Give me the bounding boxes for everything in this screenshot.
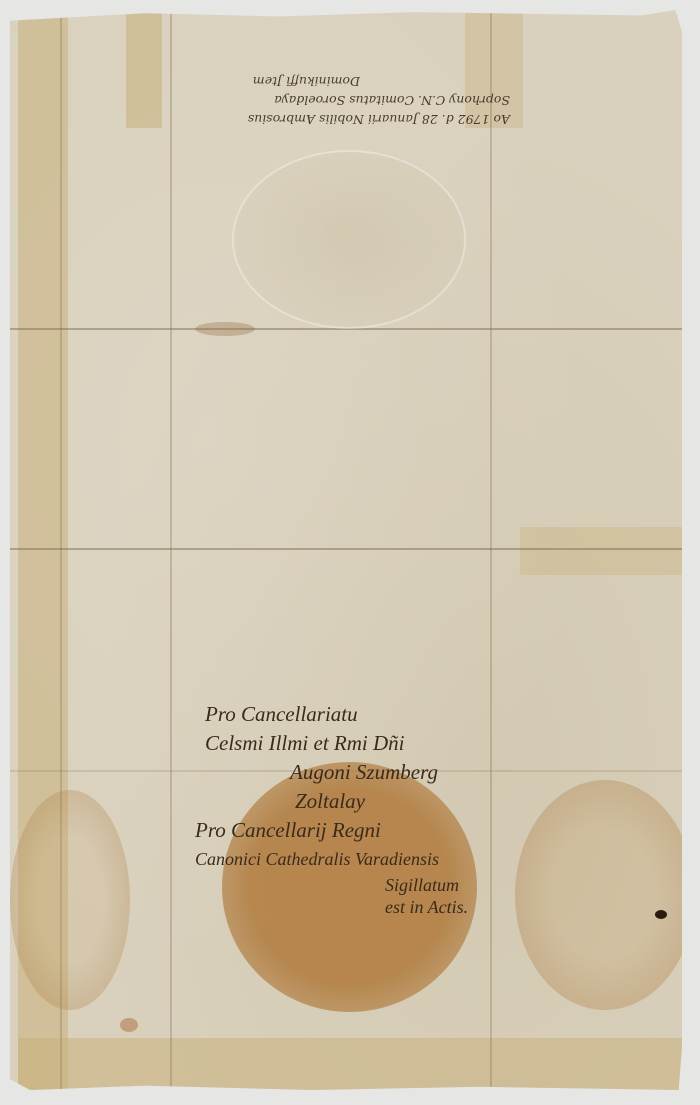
note-line: Pro Cancellarij Regni	[195, 816, 515, 845]
tape-strip-mid-right	[520, 527, 682, 575]
endorsement-line: Dominikuffi Jtem	[180, 72, 510, 91]
fold-line	[490, 10, 492, 1090]
note-line: Pro Cancellariatu	[205, 700, 525, 729]
note-line: est in Actis.	[385, 896, 700, 918]
fold-line	[170, 10, 172, 1090]
registry-note: Pro Cancellariatu Celsmi Illmi et Rmi Dñ…	[205, 700, 525, 918]
spot-stain	[195, 322, 255, 336]
note-line: Augoni Szumberg	[290, 758, 610, 787]
seal-impression	[232, 150, 466, 329]
manuscript-sheet: Ao 1792 d. 28 Januarii Nobilis Ambrosius…	[10, 10, 682, 1090]
tape-strip-bottom	[18, 1038, 682, 1090]
note-line: Zoltalay	[295, 787, 615, 816]
note-line: Sigillatum	[385, 874, 700, 896]
inverted-endorsement: Ao 1792 d. 28 Januarii Nobilis Ambrosius…	[180, 72, 510, 129]
tape-strip-top-left	[126, 10, 162, 128]
note-line: Canonici Cathedralis Varadiensis	[195, 845, 515, 874]
fold-line	[10, 548, 682, 550]
note-line: Celsmi Illmi et Rmi Dñi	[205, 729, 525, 758]
stain-left	[10, 790, 130, 1010]
endorsement-line: Soprhony C.N. Comitatus Soroeldaya	[180, 91, 510, 110]
spot-stain	[120, 1018, 138, 1032]
endorsement-line: Ao 1792 d. 28 Januarii Nobilis Ambrosius	[180, 110, 510, 129]
